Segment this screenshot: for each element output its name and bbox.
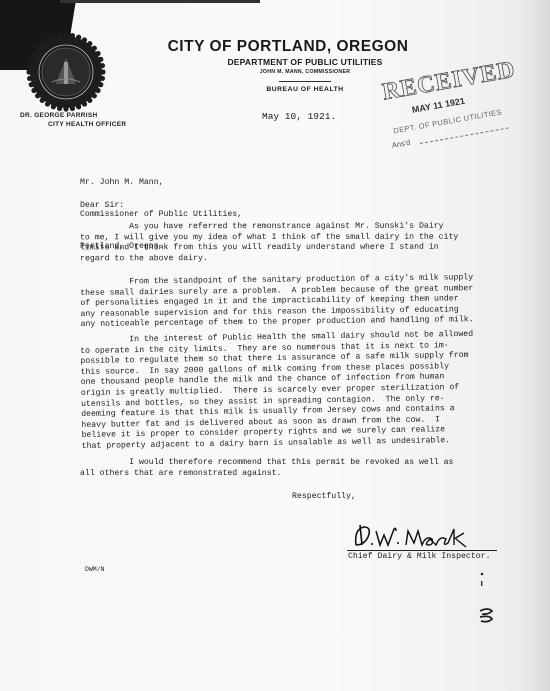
typist-initials: DWM/N [85,565,105,576]
letterhead-department: DEPARTMENT OF PUBLIC UTILITIES [170,57,410,67]
stamp-answered-line [420,127,509,144]
handwritten-marks-icon [478,571,498,631]
city-seal-icon [26,32,106,112]
letter-page: DR. GEORGE PARRISH CITY HEALTH OFFICER C… [0,0,550,691]
closing: Respectfully, [292,492,356,503]
health-officer-block: DR. GEORGE PARRISH CITY HEALTH OFFICER [20,112,126,128]
letterhead: CITY OF PORTLAND, OREGON DEPARTMENT OF P… [170,38,410,93]
letterhead-bureau: BUREAU OF HEALTH [170,86,410,93]
letterhead-commissioner: JOHN M. MANN, COMMISSIONER [170,69,410,75]
handwritten-signature: D.W. Mack [350,521,500,549]
body-paragraph: In the interest of Public Health the sma… [80,330,475,453]
letter-date: May 10, 1921. [262,111,336,122]
letterhead-city: CITY OF PORTLAND, OREGON [166,38,410,56]
letterhead-divider [279,81,331,82]
address-line: Mr. John M. Mann, [80,178,242,189]
stamp-answered: Ans'd [391,138,411,150]
scan-top-edge [60,0,260,3]
body-paragraph: From the standpoint of the sanitary prod… [80,273,474,331]
signature-line [347,550,497,551]
officer-name: DR. GEORGE PARRISH [20,112,126,119]
salutation: Dear Sir: [80,201,124,212]
signatory-title: Chief Dairy & Milk Inspector. [348,552,491,563]
body-paragraph: As you have referred the remonstrance ag… [80,222,458,265]
body-paragraph: I would therefore recommend that this pe… [80,458,453,479]
officer-title: CITY HEALTH OFFICER [20,121,126,128]
